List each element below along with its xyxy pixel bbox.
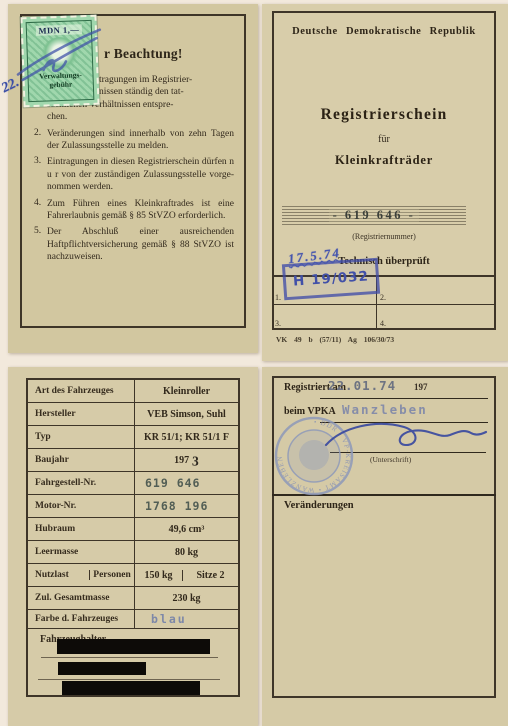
field-rule: [320, 398, 488, 399]
notice-item: 3.Eintragungen in diesen Registrier­sche…: [34, 156, 234, 193]
notice-item-text: Veränderungen sind innerhalb von zehn Ta…: [47, 128, 234, 153]
check-cell-number: 1.: [275, 293, 281, 302]
row-label: Zul. Gesamtmasse: [28, 587, 135, 609]
notice-item-text: Der Abschluß einer ausreichenden Haftpfl…: [47, 226, 234, 263]
page-title: Deutsche Demokratische Republik Registri…: [262, 4, 508, 361]
row-value: VEB Simson, Suhl: [135, 403, 238, 425]
notice-item-text: Zum Führen eines Kleinkraft­rades ist ei…: [47, 198, 234, 223]
row-label: Typ: [28, 426, 135, 448]
holder-rule: [41, 657, 218, 658]
table-row: Farbe d. Fahrzeugesblau: [28, 610, 238, 629]
registration-number-field: - 619 646 -: [282, 204, 466, 226]
notice-item: 2.Veränderungen sind innerhalb von zehn …: [34, 128, 234, 153]
check-cell: 2.: [377, 277, 496, 305]
check-cell-number: 2.: [380, 293, 386, 302]
row-value: 49,6 cm³: [135, 518, 238, 540]
notice-item-number: 3.: [34, 156, 47, 193]
row-label: NutzlastPersonen: [28, 564, 135, 586]
notice-item-number: 2.: [34, 128, 47, 153]
row-label: Farbe d. Fahrzeuges: [28, 610, 135, 628]
notice-item-text: Eintragungen in diesen Registrier­schein…: [47, 156, 234, 193]
scanned-registration-document: r Beachtung! tragungen im Registrier-nis…: [0, 0, 508, 726]
table-row: Fahrgestell-Nr.619 646: [28, 472, 238, 495]
notice-item-number: 4.: [34, 198, 47, 223]
table-row: Motor-Nr.1768 196: [28, 495, 238, 518]
registered-date: 22.01.74: [328, 378, 396, 393]
document-subject: Kleinkrafträder: [272, 153, 496, 168]
row-value: 150 kg: [135, 570, 183, 581]
table-row: HerstellerVEB Simson, Suhl: [28, 403, 238, 426]
table-row: TypKR 51/1; KR 51/1 F: [28, 426, 238, 449]
table-row: NutzlastPersonen150 kgSitze 2: [28, 564, 238, 587]
notice-item-number: 5.: [34, 226, 47, 263]
check-cell: 3.: [272, 305, 377, 330]
row-value: blau: [135, 610, 238, 628]
form-number: VK 49 b (57/11) Ag 106/30/73: [276, 335, 394, 344]
row-value: Kleinroller: [135, 380, 238, 402]
inspection-stamp-code: H 19/032: [293, 268, 370, 289]
table-row: Leermasse80 kg: [28, 541, 238, 564]
table-row: Art des FahrzeugesKleinroller: [28, 380, 238, 403]
check-cell: 4.: [377, 305, 496, 330]
row-label: Hersteller: [28, 403, 135, 425]
holder-rule: [38, 679, 220, 680]
year-prefix: 197: [414, 382, 428, 392]
document-title: Registrierschein: [272, 106, 496, 124]
document-title-for: für: [272, 134, 496, 145]
row-value: 1973: [135, 449, 238, 471]
registration-number-caption: (Registriernummer): [272, 232, 496, 241]
vehicle-table: Art des FahrzeugesKleinrollerHerstellerV…: [26, 378, 240, 697]
row-value: 80 kg: [135, 541, 238, 563]
notice-heading: r Beachtung!: [104, 46, 183, 62]
row-label: Motor-Nr.: [28, 495, 135, 517]
row-value: 230 kg: [135, 587, 238, 609]
ink-scribble: [5, 19, 114, 88]
registration-number: - 619 646 -: [329, 208, 420, 223]
redaction-bar: [57, 639, 210, 654]
row-value: 1768 196: [135, 495, 238, 517]
row-label: Leermasse: [28, 541, 135, 563]
page-notices: r Beachtung! tragungen im Registrier-nis…: [8, 4, 258, 353]
redaction-bar: [62, 681, 200, 695]
row-value: 619 646: [135, 472, 238, 494]
notice-item: 4.Zum Führen eines Kleinkraft­rades ist …: [34, 198, 234, 223]
check-cell-number: 4.: [380, 319, 386, 328]
row-value: 150 kgSitze 2: [135, 564, 238, 586]
check-cell-number: 3.: [275, 319, 281, 328]
row-label: Baujahr: [28, 449, 135, 471]
row-label: Fahrgestell-Nr.: [28, 472, 135, 494]
row-label: Art des Fahrzeuges: [28, 380, 135, 402]
vehicle-table-rows: Art des FahrzeugesKleinrollerHerstellerV…: [28, 380, 238, 629]
row-label: Hubraum: [28, 518, 135, 540]
signature: [324, 421, 488, 457]
row-value: KR 51/1; KR 51/1 F: [135, 426, 238, 448]
row-sublabel: Personen: [90, 570, 134, 580]
redaction-bar: [58, 662, 146, 675]
handwritten-digit: 3: [192, 453, 199, 469]
table-row: Baujahr1973: [28, 449, 238, 472]
country-name: Deutsche Demokratische Republik: [272, 26, 496, 37]
page-registration: Registriert am 22.01.74 197 beim VPKA Wa…: [262, 367, 508, 726]
notice-item: 5.Der Abschluß einer ausreichenden Haftp…: [34, 226, 234, 263]
row-subvalue: Sitze 2: [183, 570, 238, 581]
row-label: Nutzlast: [28, 570, 90, 580]
table-row: Zul. Gesamtmasse230 kg: [28, 587, 238, 610]
page-vehicle-data: Art des FahrzeugesKleinrollerHerstellerV…: [8, 367, 258, 726]
table-row: Hubraum49,6 cm³: [28, 518, 238, 541]
